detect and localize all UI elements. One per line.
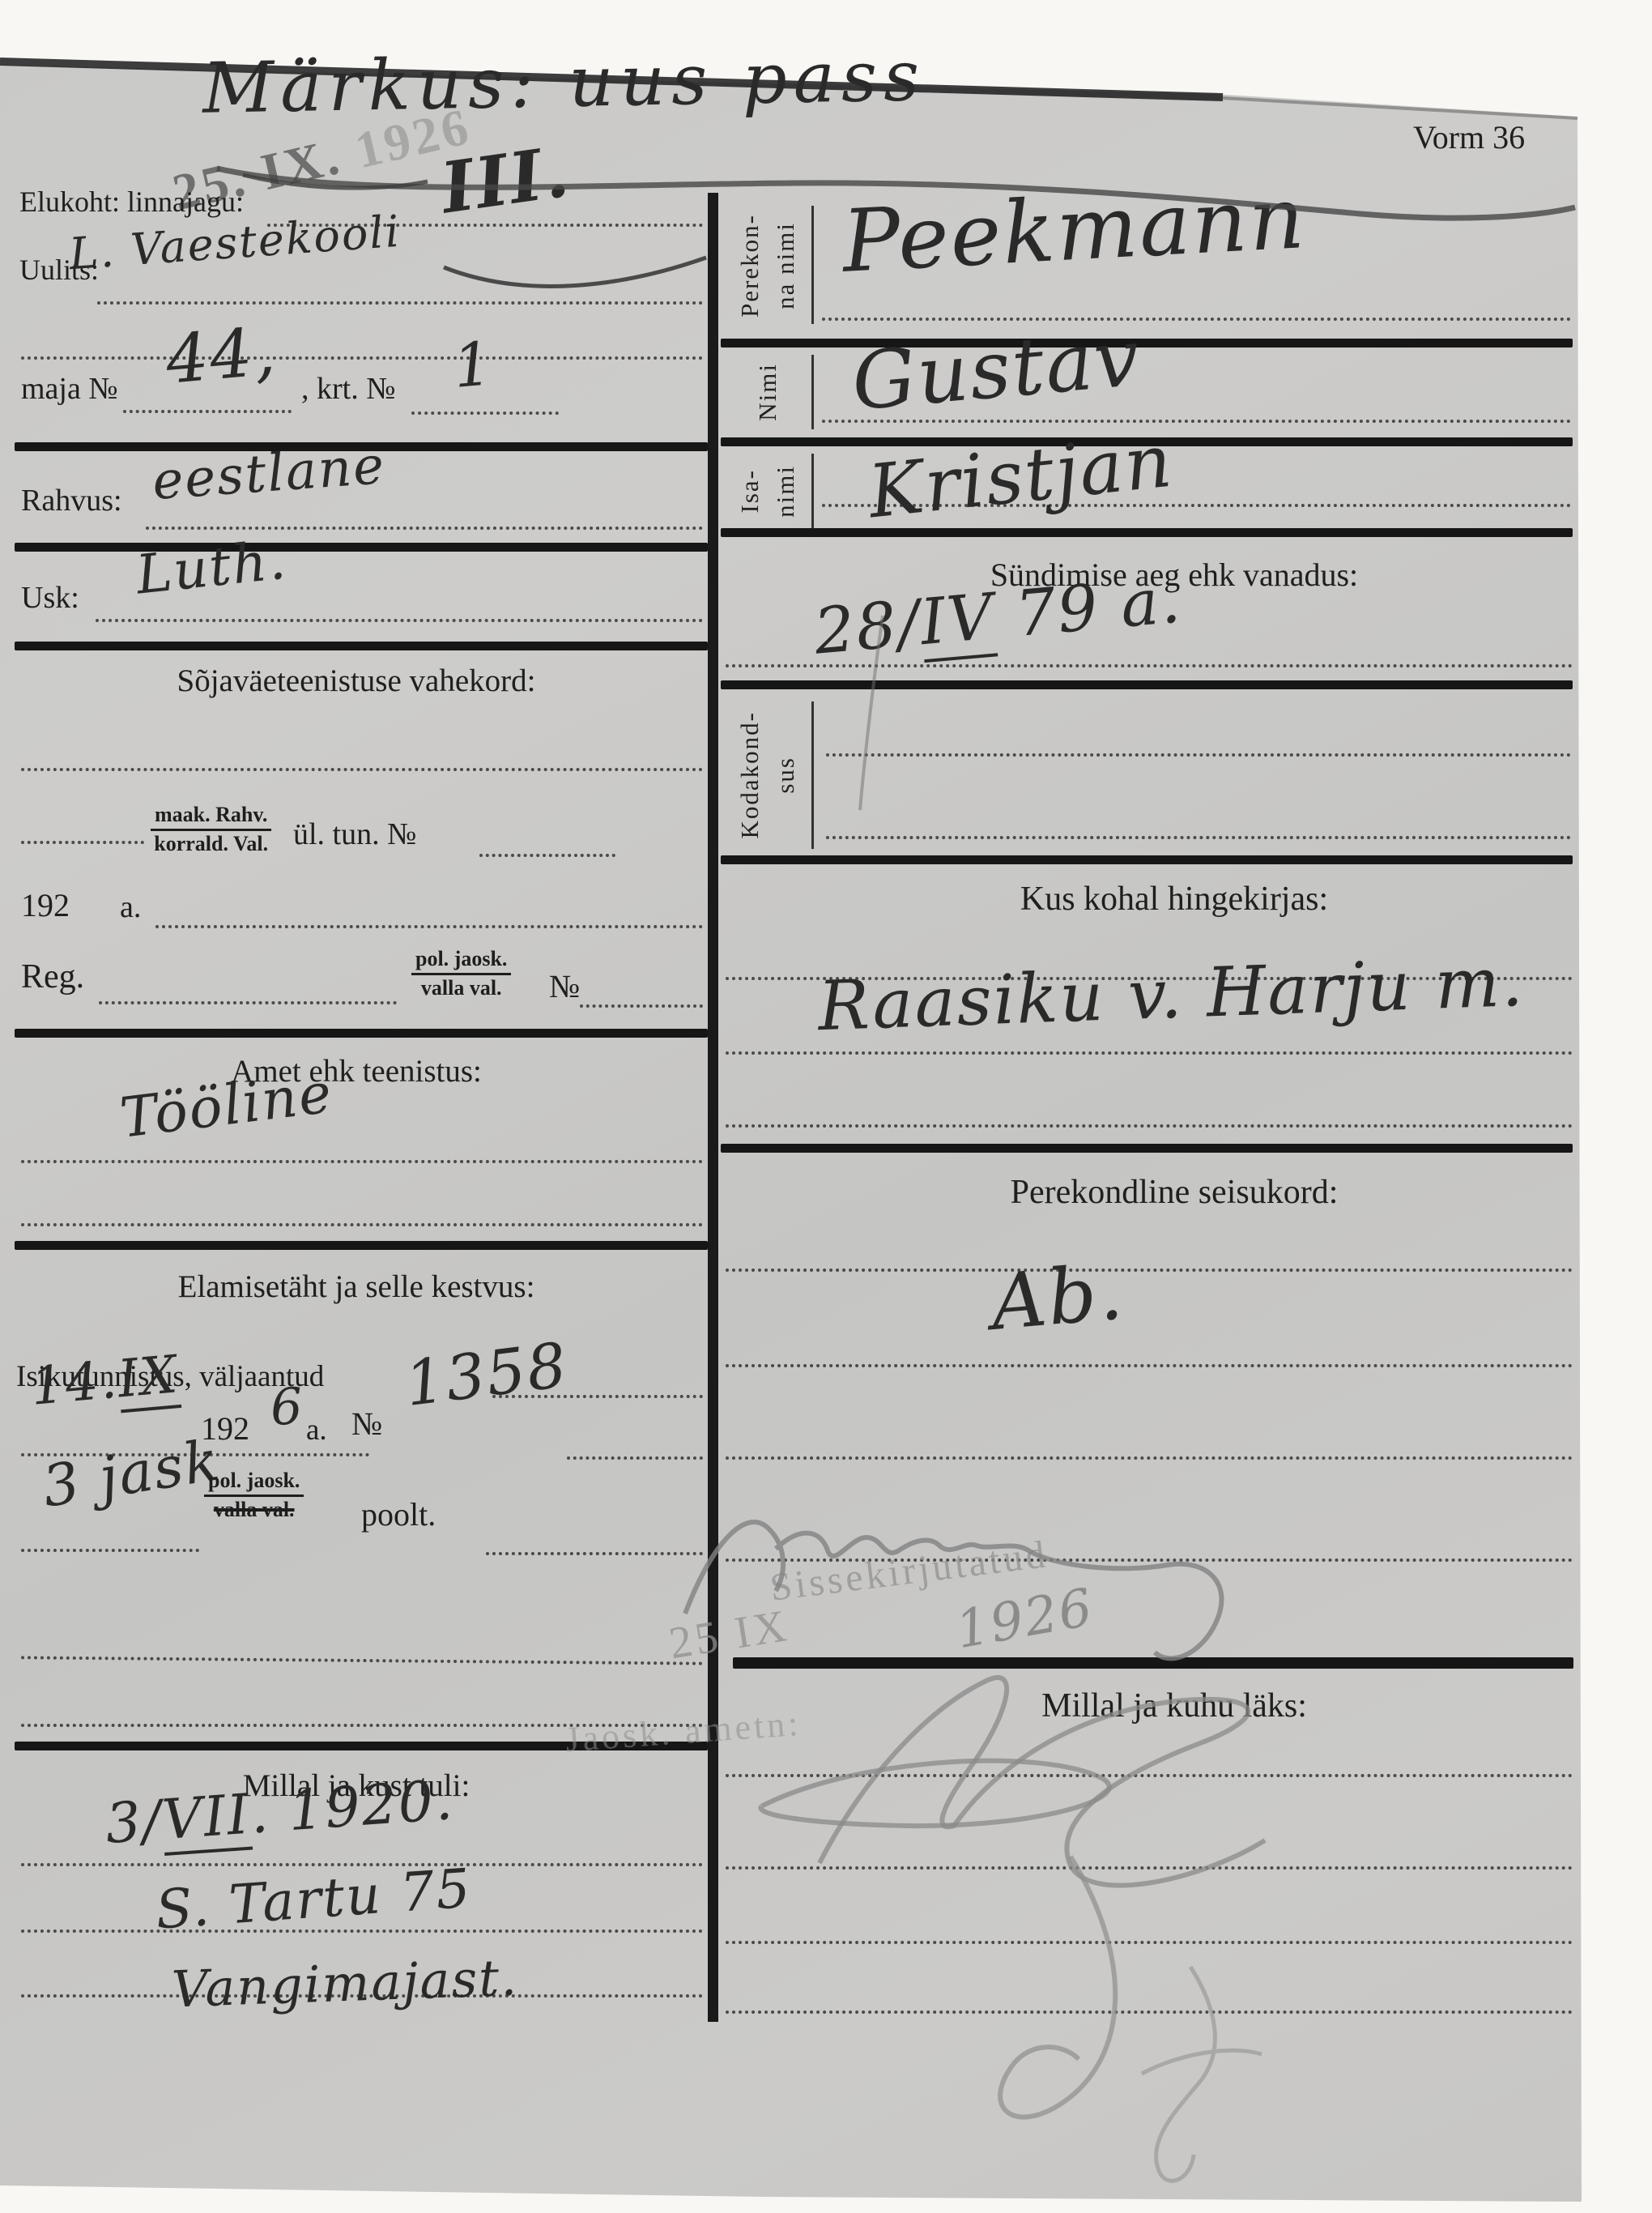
fraction-top: maak. Rahv. — [151, 802, 271, 831]
id-issue-date: 14.IX — [28, 1345, 181, 1418]
dotted-line — [155, 925, 703, 928]
dotted-line — [726, 1774, 1573, 1777]
birth-roman-month: IV — [918, 581, 998, 663]
family-name-label-line1: Perekon- — [735, 214, 764, 318]
dotted-line — [726, 1866, 1573, 1870]
fraction-top: pol. jaosk. — [411, 946, 511, 975]
dotted-line — [479, 854, 615, 857]
id-day: 14. — [28, 1350, 121, 1418]
dotted-line — [726, 1456, 1573, 1460]
family-status-heading: Perekondline seisukord: — [810, 1173, 1539, 1212]
family-status-value: Ab. — [988, 1248, 1128, 1348]
dotted-line — [826, 836, 1571, 839]
dotted-line — [21, 356, 703, 360]
dotted-line — [21, 1223, 703, 1226]
number-sign: № — [549, 967, 580, 1005]
dotted-line — [21, 1160, 703, 1163]
dotted-line — [99, 1001, 397, 1004]
form-number: Vorm 36 — [1413, 118, 1525, 156]
id-number-sign: № — [351, 1405, 382, 1443]
id-roman-month: IX — [115, 1345, 181, 1413]
label-separator — [811, 206, 814, 324]
dotted-line — [726, 1051, 1573, 1055]
military-service-heading: Sõjaväeteenistuse vahekord: — [49, 663, 664, 699]
arrival-from-line2: Vangimajast. — [171, 1948, 519, 2019]
dotted-line — [123, 410, 292, 413]
dotted-line — [726, 2010, 1573, 2014]
id-year-digit: 6 — [269, 1376, 305, 1437]
label-separator — [811, 355, 814, 429]
citizenship-label-line1: Kodakond- — [735, 711, 764, 838]
family-name-label-line2: na nimi — [771, 222, 800, 309]
dotted-line — [726, 1124, 1573, 1128]
dotted-line — [726, 1269, 1573, 1272]
police-district-fraction: pol. jaosk. valla val. — [411, 946, 511, 1001]
religion-label: Usk: — [21, 580, 79, 616]
dotted-line — [21, 1549, 199, 1552]
dotted-line — [96, 619, 703, 622]
dotted-line — [726, 1941, 1573, 1944]
registry-heading: Kus kohal hingekirjas: — [810, 880, 1539, 919]
dotted-line — [21, 1929, 703, 1933]
reg-label: Reg. — [21, 957, 84, 996]
dotted-line — [21, 841, 144, 844]
nationality-label: Rahvus: — [21, 483, 122, 518]
by-label: poolt. — [361, 1495, 436, 1533]
county-authority-fraction: maak. Rahv. korrald. Val. — [151, 802, 271, 857]
dotted-line — [580, 1004, 703, 1008]
dotted-line — [726, 1364, 1573, 1367]
dotted-line — [486, 1552, 703, 1555]
house-number-value: 44, — [163, 313, 279, 399]
dotted-line — [826, 753, 1571, 757]
first-name-label: Nimi — [726, 352, 810, 433]
fraction-bottom: valla val. — [411, 975, 511, 1002]
section-rule — [721, 1144, 1573, 1153]
arrival-day: 3/ — [104, 1789, 165, 1857]
top-note-handwriting: Märkus: uus pass — [202, 36, 926, 130]
family-name-label: Perekon- na nimi — [726, 201, 810, 330]
section-rule — [15, 1241, 708, 1250]
patronymic-label-line2: nimi — [771, 465, 800, 518]
dotted-line — [822, 504, 1571, 507]
residence-permit-heading: Elamisetäht ja selle kestvus: — [49, 1269, 664, 1305]
dotted-line — [146, 527, 703, 530]
dotted-line — [726, 664, 1573, 667]
fraction-top: pol. jaosk. — [204, 1468, 304, 1497]
arrival-roman-month: VII — [160, 1783, 253, 1856]
heavy-rule — [733, 1657, 1573, 1669]
label-separator — [811, 454, 814, 528]
dotted-line — [21, 1994, 703, 1998]
section-rule — [721, 528, 1573, 537]
section-rule — [15, 642, 708, 650]
patronymic-label: Isa- nimi — [726, 450, 810, 531]
fraction-bottom: korrald. Val. — [151, 831, 271, 858]
dotted-line — [567, 1456, 703, 1460]
section-rule — [15, 1029, 708, 1038]
registration-card-scan: Märkus: uus pass 25. IX. 1926 Vorm 36 II… — [0, 0, 1652, 2213]
residence-label: Elukoht: linnajagu: — [19, 185, 244, 219]
fraction-bottom-struck: valla val. — [204, 1497, 304, 1524]
certificate-label: ül. tun. № — [293, 817, 416, 852]
section-rule — [15, 543, 708, 552]
dotted-line — [97, 301, 703, 305]
apartment-number-value: 1 — [450, 329, 496, 402]
dotted-line — [822, 420, 1571, 423]
citizenship-label-line2: sus — [771, 757, 800, 794]
dotted-line — [411, 411, 559, 415]
birth-day: 28/ — [811, 587, 924, 669]
id-year-suffix: a. — [306, 1413, 327, 1448]
dotted-line — [21, 768, 703, 771]
citizenship-label: Kodakond- sus — [726, 695, 810, 855]
issuer-fraction: pol. jaosk. valla val. — [204, 1468, 304, 1523]
house-number-label: maja № — [21, 371, 118, 407]
dotted-line — [822, 318, 1571, 321]
label-separator — [811, 701, 814, 849]
departure-heading: Millal ja kuhu läks: — [810, 1686, 1539, 1725]
first-name-label-text: Nimi — [753, 363, 782, 421]
patronymic-label-line1: Isa- — [735, 469, 764, 513]
section-rule — [721, 855, 1573, 864]
apartment-number-label: , krt. № — [301, 371, 395, 407]
year-suffix: a. — [120, 889, 141, 925]
section-rule — [721, 680, 1573, 689]
year-printed: 192 — [21, 886, 70, 924]
